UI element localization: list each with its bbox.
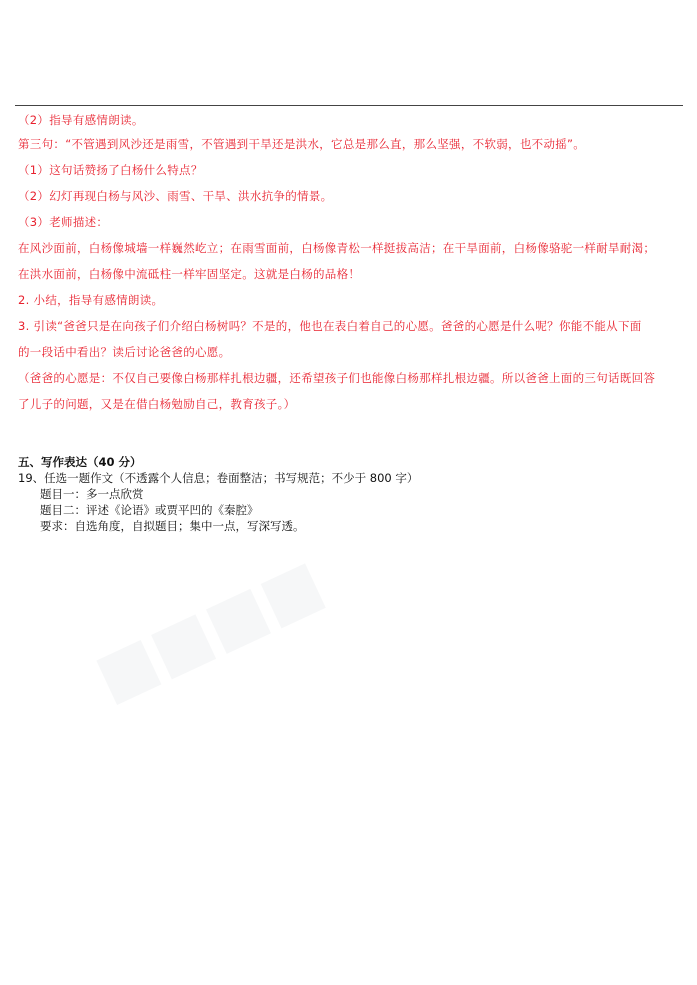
- topic-two: 题目二：评述《论语》或贾平凹的《秦腔》: [18, 502, 418, 518]
- guided-reading-line-2: 的一段话中看出？读后讨论爸爸的心愿。: [18, 339, 683, 365]
- writing-section: 五、写作表达（40 分） 19、任选一题作文（不透露个人信息；卷面整洁；书写规范…: [18, 454, 418, 534]
- father-wish-line-2: 了儿子的问题，又是在借白杨勉励自己，教育孩子。）: [18, 391, 683, 417]
- step-read-with-emotion: （2）指导有感情朗读。: [18, 110, 683, 131]
- question-19: 19、任选一题作文（不透露个人信息；卷面整洁；书写规范；不少于 800 字）: [18, 470, 418, 486]
- question-2: （2）幻灯再现白杨与风沙、雨雪、干旱、洪水抗争的情景。: [18, 183, 683, 209]
- question-3: （3）老师描述：: [18, 209, 683, 235]
- third-sentence-quote: 第三句：“不管遇到风沙还是雨雪，不管遇到干旱还是洪水，它总是那么直，那么坚强，不…: [18, 131, 683, 157]
- guided-reading-line-1: 3. 引读“爸爸只是在向孩子们介绍白杨树吗？不是的，他也在表白着自己的心愿。爸爸…: [18, 313, 683, 339]
- teacher-description-line-2: 在洪水面前，白杨像中流砥柱一样牢固坚定。这就是白杨的品格！: [18, 261, 683, 287]
- topic-one: 题目一：多一点欣赏: [18, 486, 418, 502]
- lesson-plan-excerpt: （2）指导有感情朗读。 第三句：“不管遇到风沙还是雨雪，不管遇到干旱还是洪水，它…: [18, 110, 683, 417]
- section-heading: 五、写作表达（40 分）: [18, 454, 418, 470]
- teacher-description-line-1: 在风沙面前，白杨像城墙一样巍然屹立；在雨雪面前，白杨像青松一样挺拔高洁；在干旱面…: [18, 235, 683, 261]
- father-wish-line-1: （爸爸的心愿是：不仅自己要像白杨那样扎根边疆，还希望孩子们也能像白杨那样扎根边疆…: [18, 365, 683, 391]
- summary-step: 2. 小结，指导有感情朗读。: [18, 287, 683, 313]
- question-1: （1）这句话赞扬了白杨什么特点？: [18, 157, 683, 183]
- top-divider: [15, 105, 683, 106]
- requirement: 要求：自选角度，自拟题目；集中一点，写深写透。: [18, 518, 418, 534]
